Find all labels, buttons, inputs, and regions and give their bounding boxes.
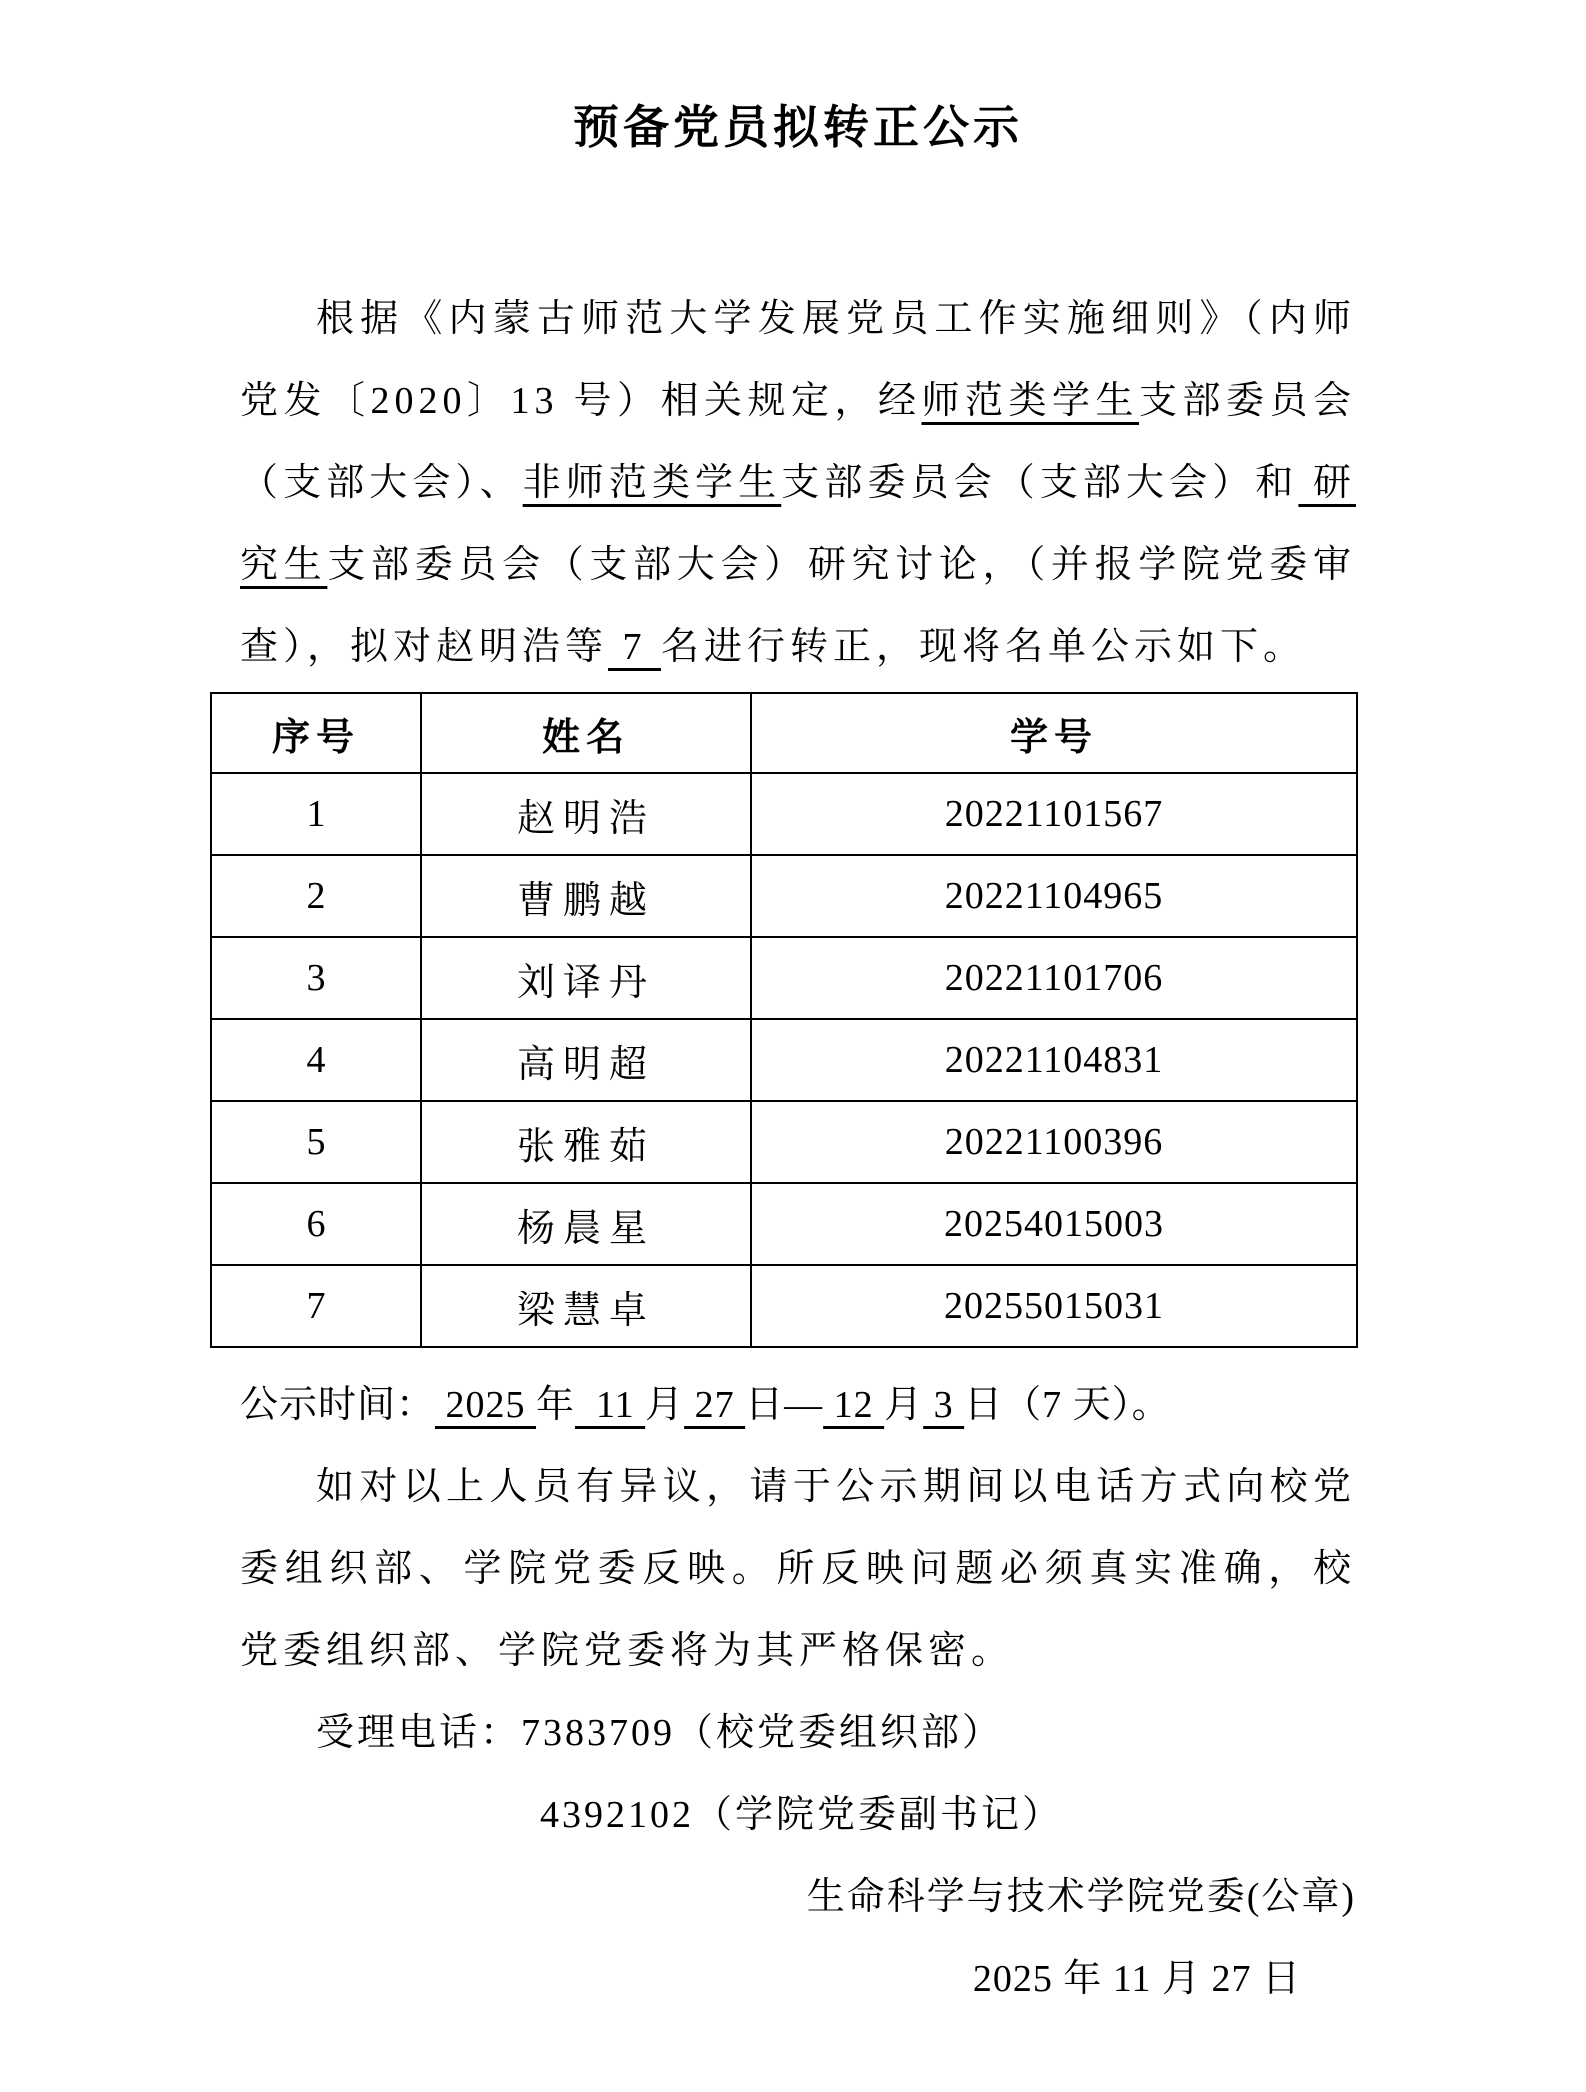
- table-row: 6 杨晨星 20254015003: [211, 1183, 1357, 1265]
- contact-phone-line-1: 受理电话：7383709（校党委组织部）: [210, 1692, 1356, 1774]
- publicity-year-blank: 2025: [435, 1384, 536, 1426]
- cell-student-id: 20255015031: [751, 1265, 1357, 1347]
- cell-name: 赵明浩: [421, 773, 751, 855]
- contact-phone-line-2: 4392102（学院党委副书记）: [210, 1774, 1356, 1856]
- publicity-period-line: 公示时间： 2025 年 11 月 27 日— 12 月 3 日（7 天）。: [210, 1364, 1356, 1446]
- table-row: 1 赵明浩 20221101567: [211, 773, 1357, 855]
- underlined-member-count: 7: [608, 626, 661, 668]
- header-student-id: 学号: [751, 693, 1357, 773]
- cell-name: 张雅茹: [421, 1101, 751, 1183]
- cell-student-id: 20221104831: [751, 1019, 1357, 1101]
- cell-student-id: 20221100396: [751, 1101, 1357, 1183]
- cell-student-id: 20221104965: [751, 855, 1357, 937]
- cell-serial: 1: [211, 773, 421, 855]
- header-serial-number: 序号: [211, 693, 421, 773]
- cell-student-id: 20221101567: [751, 773, 1357, 855]
- month1-unit: 月: [645, 1384, 684, 1426]
- body-paragraph-1: 根据《内蒙古师范大学发展党员工作实施细则》（内师党发〔2020〕13 号）相关规…: [210, 278, 1356, 688]
- signature-date: 2025 年 11 月 27 日: [210, 1938, 1356, 2020]
- table-row: 5 张雅茹 20221100396: [211, 1101, 1357, 1183]
- cell-name: 刘译丹: [421, 937, 751, 1019]
- cell-serial: 2: [211, 855, 421, 937]
- body-paragraph-2: 如对以上人员有异议，请于公示期间以电话方式向校党委组织部、学院党委反映。所反映问…: [210, 1446, 1356, 1692]
- publicity-day2-blank: 3: [923, 1384, 964, 1426]
- cell-serial: 3: [211, 937, 421, 1019]
- cell-name: 梁慧卓: [421, 1265, 751, 1347]
- publicity-day1-blank: 27: [684, 1384, 745, 1426]
- cell-name: 高明超: [421, 1019, 751, 1101]
- cell-serial: 5: [211, 1101, 421, 1183]
- year-unit: 年: [536, 1384, 575, 1426]
- cell-serial: 4: [211, 1019, 421, 1101]
- cell-name: 曹鹏越: [421, 855, 751, 937]
- paragraph1-segment-5: 名进行转正，现将名单公示如下。: [661, 626, 1306, 668]
- publicity-period-label: 公示时间：: [240, 1384, 435, 1426]
- table-row: 7 梁慧卓 20255015031: [211, 1265, 1357, 1347]
- document-title: 预备党员拟转正公示: [210, 100, 1356, 156]
- table-header-row: 序号 姓名 学号: [211, 693, 1357, 773]
- paragraph1-segment-3: 支部委员会（支部大会）和: [781, 462, 1298, 504]
- cell-student-id: 20221101706: [751, 937, 1357, 1019]
- month2-unit: 月: [884, 1384, 923, 1426]
- publicity-month2-blank: 12: [823, 1384, 884, 1426]
- table-row: 2 曹鹏越 20221104965: [211, 855, 1357, 937]
- period-duration-note: 日（7 天）。: [964, 1384, 1171, 1426]
- underlined-branch-non-normal-students: 非师范类学生: [523, 462, 782, 504]
- header-name: 姓名: [421, 693, 751, 773]
- members-table: 序号 姓名 学号 1 赵明浩 20221101567 2 曹鹏越 2022110…: [210, 692, 1358, 1348]
- cell-serial: 7: [211, 1265, 421, 1347]
- publicity-month1-blank: 11: [575, 1384, 645, 1426]
- cell-student-id: 20254015003: [751, 1183, 1357, 1265]
- underlined-branch-normal-students: 师范类学生: [921, 380, 1139, 422]
- cell-serial: 6: [211, 1183, 421, 1265]
- table-row: 3 刘译丹 20221101706: [211, 937, 1357, 1019]
- cell-name: 杨晨星: [421, 1183, 751, 1265]
- day1-unit-dash: 日—: [745, 1384, 823, 1426]
- table-row: 4 高明超 20221104831: [211, 1019, 1357, 1101]
- document-page: 预备党员拟转正公示 根据《内蒙古师范大学发展党员工作实施细则》（内师党发〔202…: [210, 0, 1356, 2020]
- signature-organization: 生命科学与技术学院党委(公章): [210, 1856, 1356, 1938]
